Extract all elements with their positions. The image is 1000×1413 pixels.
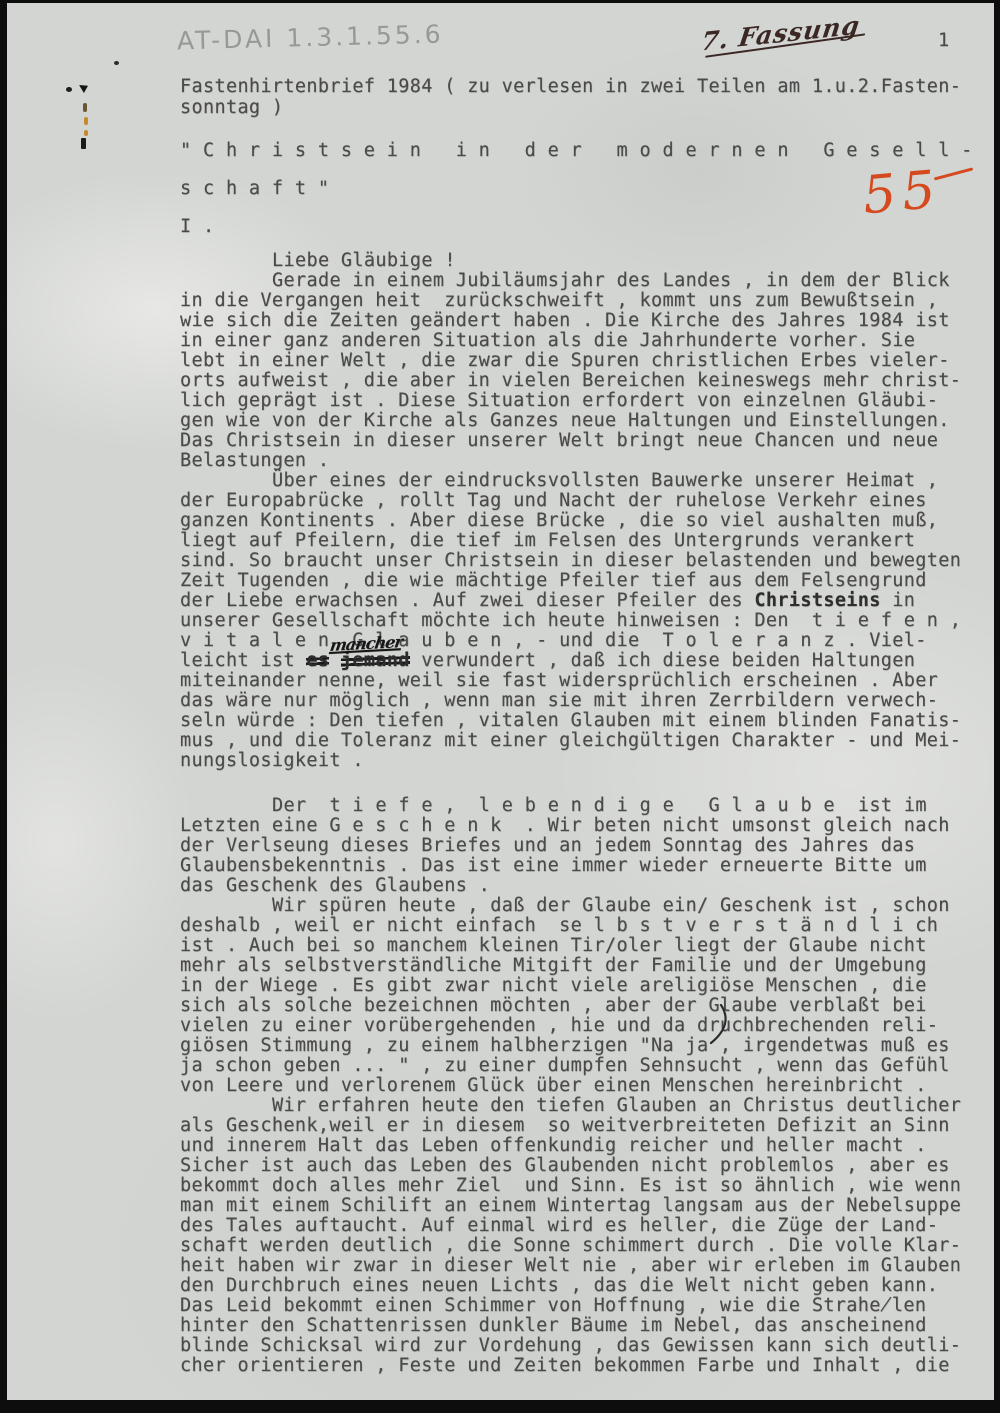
text-line: orts aufweist , die aber in vielen Berei… bbox=[180, 371, 990, 391]
text-line: ja schon geben ... " , zu einer dumpfen … bbox=[180, 1056, 990, 1076]
text-line: Liebe Gläubige ! bbox=[180, 251, 990, 271]
text-line: das wäre nur möglich , wenn man sie mit … bbox=[180, 691, 990, 711]
text-line: in einer ganz anderen Situation als die … bbox=[180, 331, 990, 351]
document-title-line2: s c h a f t " bbox=[180, 179, 329, 199]
rust-dot bbox=[84, 130, 88, 136]
text-line: heit haben wir zwar in dieser Welt nie ,… bbox=[180, 1256, 990, 1276]
text-line: bekommt doch alles mehr Ziel und Sinn. E… bbox=[180, 1176, 990, 1196]
pen-mark bbox=[701, 1003, 731, 1045]
text-line: ganzen Kontinents . Aber diese Brücke , … bbox=[180, 511, 990, 531]
text-line: den Durchbruch eines neuen Lichts , das … bbox=[180, 1276, 990, 1296]
text-line: Belastungen . bbox=[180, 451, 990, 471]
text-line: der Verlseung dieses Briefes und an jede… bbox=[180, 836, 990, 856]
bold-text: Christseins bbox=[754, 590, 880, 611]
text-line: Wir erfahren heute den tiefen Glauben an… bbox=[180, 1096, 990, 1116]
text-line: unserer Gesellschaft möchte ich heute hi… bbox=[180, 611, 990, 631]
text-line: das Geschenk des Glaubens . bbox=[180, 876, 990, 896]
archive-reference-pencil: AT-DAI 1.3.1.55.6 bbox=[177, 20, 444, 56]
text-line: sind. So braucht unser Christsein in die… bbox=[180, 551, 990, 571]
text-line: in die Vergangen heit zurückschweift , k… bbox=[180, 291, 990, 311]
text-line: der Europabrücke , rollt Tag und Nacht d… bbox=[180, 491, 990, 511]
margin-speck bbox=[81, 138, 86, 149]
text-line: Der t i e f e , l e b e n d i g e G l a … bbox=[180, 796, 990, 816]
text-line: und innerem Halt das Leben offenkundig r… bbox=[180, 1136, 990, 1156]
text-line: liegt auf Pfeilern, die tief im Felsen d… bbox=[180, 531, 990, 551]
text-line: miteinander nenne, weil sie fast widersp… bbox=[180, 671, 990, 691]
text-line: Über eines der eindrucksvollsten Bauwerk… bbox=[180, 471, 990, 491]
document-title-line1: " C h r i s t s e i n i n d e r m o d e … bbox=[180, 141, 973, 161]
text-line: in der Wiege . Es gibt zwar nicht viele … bbox=[180, 976, 990, 996]
text-line: Glaubensbekenntnis . Das ist eine immer … bbox=[180, 856, 990, 876]
text-segment: in bbox=[881, 590, 915, 611]
text-line: seln würde : Den tiefen , vitalen Glaube… bbox=[180, 711, 990, 731]
page-number: 1 bbox=[938, 31, 950, 51]
text-line: blinde Schicksal wird zur Vordehung , da… bbox=[180, 1336, 990, 1356]
margin-speck bbox=[66, 87, 72, 92]
text-line: der Liebe erwachsen . Auf zwei dieser Pf… bbox=[180, 591, 990, 611]
paragraph: Wir erfahren heute den tiefen Glauben an… bbox=[180, 1096, 990, 1376]
text-line: Gerade in einem Jubiläumsjahr des Landes… bbox=[180, 271, 990, 291]
paragraph: Der t i e f e , l e b e n d i g e G l a … bbox=[180, 796, 990, 896]
text-line: v i t a l e n G l a u b e n , - und die … bbox=[180, 631, 990, 651]
paragraph: Liebe Gläubige !Gerade in einem Jubiläum… bbox=[180, 251, 990, 471]
text-line: gen wie von der Kirche als Ganzes neue H… bbox=[180, 411, 990, 431]
text-line: als Geschenk,weil er in diesem so weitve… bbox=[180, 1116, 990, 1136]
text-line: deshalb , weil er nicht einfach se l b s… bbox=[180, 916, 990, 936]
text-line: giösen Stimmung , zu einem halbherzigen … bbox=[180, 1036, 990, 1056]
text-segment: verwundert , daß ich diese beiden Haltun… bbox=[410, 650, 915, 671]
text-line: mus , und die Toleranz mit einer gleichg… bbox=[180, 731, 990, 751]
text-line: mehr als selbstverständliche Mitgift der… bbox=[180, 956, 990, 976]
paragraph: Über eines der eindrucksvollsten Bauwerk… bbox=[180, 471, 990, 771]
text-line: von Leere und verlorenem Glück über eine… bbox=[180, 1076, 990, 1096]
text-line: hinter den Schattenrissen dunkler Bäume … bbox=[180, 1316, 990, 1336]
scanned-page: AT-DAI 1.3.1.55.6 7. Fassung 1 55 Fasten… bbox=[0, 0, 1000, 1413]
document-header-line2: sonntag ) bbox=[180, 98, 283, 118]
text-line: vielen zu einer vorübergehenden , hie un… bbox=[180, 1016, 990, 1036]
text-line: leicht ist es jemand verwundert , daß ic… bbox=[180, 651, 990, 671]
text-line: nungslosigkeit . bbox=[180, 751, 990, 771]
document-body: Liebe Gläubige !Gerade in einem Jubiläum… bbox=[180, 251, 990, 1376]
text-line: Sicher ist auch das Leben des Glaubenden… bbox=[180, 1156, 990, 1176]
text-line: Zeit Tugenden , die wie mächtige Pfeiler… bbox=[180, 571, 990, 591]
text-line: wie sich die Zeiten geändert haben . Die… bbox=[180, 311, 990, 331]
paper-sheet: AT-DAI 1.3.1.55.6 7. Fassung 1 55 Fasten… bbox=[7, 3, 994, 1400]
text-line: lich geprägt ist . Diese Situation erfor… bbox=[180, 391, 990, 411]
text-line: Das Christsein in dieser unserer Welt br… bbox=[180, 431, 990, 451]
margin-speck bbox=[114, 61, 119, 65]
text-line: Wir spüren heute , daß der Glaube ein/ G… bbox=[180, 896, 990, 916]
document-header-line1: Fastenhirtenbrief 1984 ( zu verlesen in … bbox=[180, 77, 961, 97]
text-line: des Tales auftaucht. Auf einmal wird es … bbox=[180, 1216, 990, 1236]
rust-dot bbox=[84, 117, 88, 125]
red-pen-mark: 55 bbox=[861, 160, 944, 227]
text-segment: der Liebe erwachsen . Auf zwei dieser Pf… bbox=[180, 590, 754, 611]
handwritten-correction: mancher bbox=[329, 634, 403, 654]
margin-speck bbox=[79, 85, 88, 93]
text-line: schaft werden deutlich , die Sonne schim… bbox=[180, 1236, 990, 1256]
rust-dot bbox=[83, 103, 87, 112]
text-line: lebt in einer Welt , die zwar die Spuren… bbox=[180, 351, 990, 371]
strike-text: es bbox=[306, 650, 329, 671]
text-line: sich als solche bezeichnen möchten , abe… bbox=[180, 996, 990, 1016]
section-heading: I . bbox=[180, 217, 214, 237]
text-line: Letzten eine G e s c h e n k . Wir beten… bbox=[180, 816, 990, 836]
paragraph: Wir spüren heute , daß der Glaube ein/ G… bbox=[180, 896, 990, 1096]
text-line: Das Leid bekommt einen Schimmer von Hoff… bbox=[180, 1296, 990, 1316]
text-segment: leicht ist bbox=[180, 650, 306, 671]
text-line: ist . Auch bei so manchem kleinen Tir/ol… bbox=[180, 936, 990, 956]
version-note-handwriting: 7. Fassung bbox=[699, 10, 862, 56]
text-line: man mit einem Schilift an einem Winterta… bbox=[180, 1196, 990, 1216]
text-line: cher orientieren , Feste und Zeiten beko… bbox=[180, 1356, 990, 1376]
